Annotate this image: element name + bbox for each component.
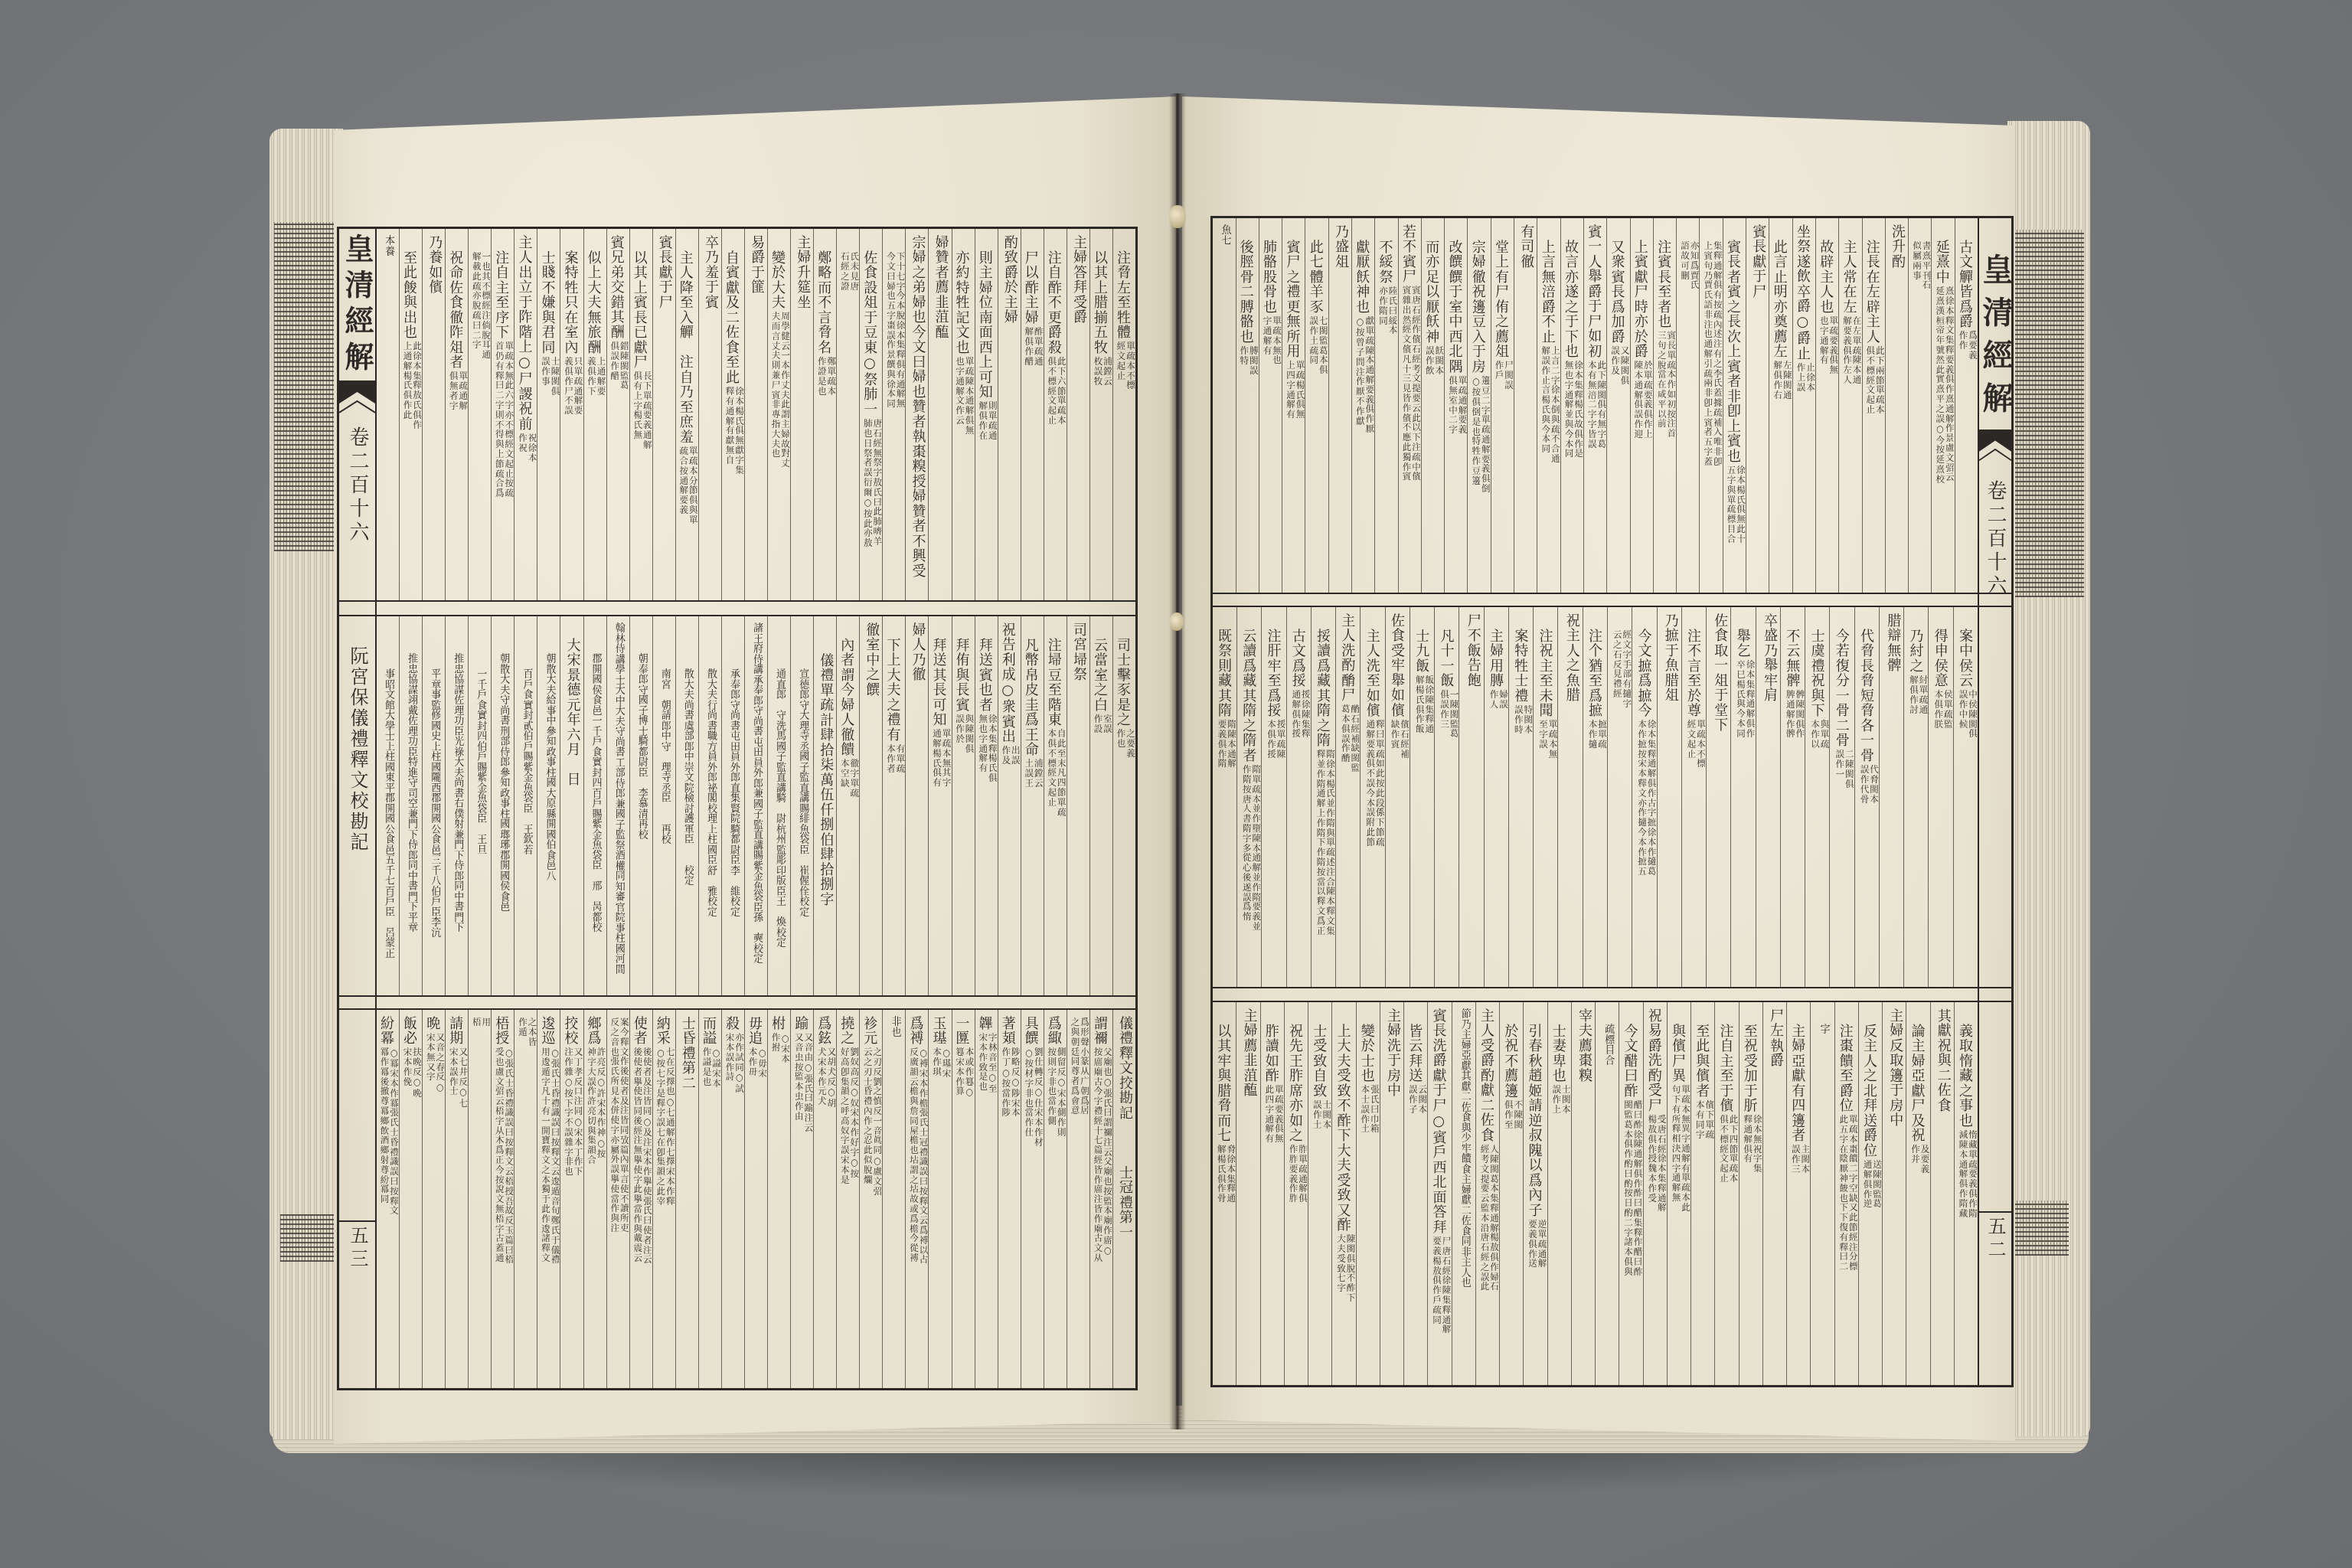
- double-line-note: 單疏本不標經文起止: [1116, 341, 1135, 394]
- entry-heading: 乃摭于魚腊俎: [1663, 613, 1679, 703]
- text-column: 洗升酌: [1885, 218, 1908, 593]
- entry-heading: 主婦升筵坐: [795, 235, 811, 310]
- entry-heading: 宗婦之弟婦也今文曰婦也贊者執棗糗授婦贊者不興受: [910, 235, 926, 579]
- text-column: 變於士也張氏曰巾箱本士誤作土: [1356, 1002, 1380, 1385]
- entry-heading: 韠: [977, 1016, 993, 1031]
- entry-heading: 著頍: [1000, 1016, 1016, 1046]
- register-band-rule: [1979, 606, 2011, 607]
- double-line-note: 胙單疏通解俱作胙要義作胙: [1289, 1145, 1308, 1207]
- double-line-note: 不陳閩俱作至: [1504, 1100, 1523, 1132]
- double-line-note: 釋曰單疏如此按此段係下節疏通解要義俱不誤今本誤附此節: [1366, 720, 1385, 850]
- entry-heading: 主婦亞獻有四籩者: [1789, 1024, 1805, 1143]
- text-column: 具饌劉仕轉反○仕宋本作材○按材字非也當作仕: [1021, 1010, 1044, 1388]
- double-line-note: 單疏本不標經文起止: [1687, 720, 1706, 772]
- right-page-margin-strip: 皇清經解 卷二百十六 五二: [1978, 218, 2011, 1385]
- double-line-note: 父廟也○張氏曰謂禰注云父廟也按監本廟作庿○按庿廟古今字禮經十七篇經皆作庿注皆作廟…: [1093, 1047, 1112, 1266]
- text-column: 百戶食實封貳伯戶賜紫金魚袋臣 王欽若: [514, 616, 537, 995]
- entry-heading: 則主婦位南面西上可知: [977, 250, 993, 400]
- double-line-note: 單疏要義俱無此四字通解有: [1265, 1085, 1284, 1147]
- entry-heading: 注脅左至牲體: [1115, 250, 1131, 340]
- text-column: 主婦洗于房中: [1380, 1002, 1403, 1385]
- entry-heading: 至此與儐者: [1694, 1024, 1710, 1099]
- text-column: 尸不飯告飽: [1459, 607, 1483, 987]
- text-column: 下十七字今本脫徐本集釋俱有通解無今文曰婦也五字棗誤作景饌與徐本同: [882, 229, 905, 600]
- double-line-note: 七閩監葛本俱誤作土疏同: [1309, 316, 1328, 378]
- text-column: 事昭文館大學士上柱國東平郡開國公食邑五千七百戶臣 呂蒙正: [377, 616, 399, 995]
- entry-heading: 尸不飯告飽: [1465, 613, 1481, 688]
- entry-heading: 祝易爵洗酌受尸: [1646, 1008, 1662, 1113]
- text-column: 賓長洗爵獻于尸○賓戶西北面答拜尸唐石經徐陳集釋通解要義楊敖俱作戶疏同: [1427, 1002, 1451, 1385]
- double-line-note: 只單疏通解要義俱作尸不誤: [564, 357, 583, 419]
- double-line-note: 徐本集釋通解俱作古字摭徐本作擿葛本作摭按宋本釋文亦作擿今本作摭五: [1638, 720, 1657, 880]
- text-column: 古文觶皆爲爵爲要義作作: [1955, 218, 1978, 593]
- entry-heading: 佐食取一俎于堂下: [1712, 613, 1728, 733]
- double-line-note: 經文字手部有擿字云之石反見禮經: [1612, 630, 1632, 711]
- text-column: 卒盛乃舉牢肩: [1756, 607, 1780, 987]
- text-column: 著頍陟略反○陟宋本作丁○按當作陟: [998, 1010, 1021, 1388]
- double-line-note: 酳石經補缺閩監葛本俱誤作酳: [1341, 704, 1360, 776]
- book-title: 皇清經解: [1979, 253, 2011, 428]
- entry-heading: 古文觶皆爲爵: [1957, 240, 1973, 329]
- text-column: 以其牢與腊脅而七脅徐本集釋通解楊氏俱作骨: [1213, 1002, 1236, 1385]
- text-column: 主婦用膞婦誤作人: [1484, 607, 1508, 987]
- entry-heading: 下上大夫之禮有: [884, 638, 900, 743]
- double-line-note: 徐本無祝字集釋通解俱有: [1743, 1115, 1762, 1177]
- text-column: 諸王府侍講承奉郎守尚書屯田員外郎兼國子監直講賜紫金魚袋臣孫 奭校定: [744, 616, 767, 995]
- text-column: 翰林侍講學士大中大夫守尚書工部侍郎兼國子監祭酒權同知審官院事柱國河間: [606, 616, 629, 995]
- entry-heading: 注埽豆至階東: [1046, 638, 1062, 727]
- text-column: 佐食設俎于豆東○祭肺一唐石經無祭字敖氏曰此肺嚌羊肺也日祭者誤衍爾○按此亦敖: [859, 229, 882, 600]
- text-column: 士賤不嫌與君同士陳閩俱誤作事: [537, 229, 560, 600]
- text-column: 徹室中之饌: [859, 616, 882, 995]
- entry-heading: 逡巡: [539, 1016, 555, 1046]
- small-text: 本養: [383, 235, 394, 256]
- text-column: 挍校又丁孝反口注同○宋本丁作下注作雜○按下字不誤雜字非也: [560, 1010, 583, 1388]
- double-line-note: 徐本集釋楊氏俱無也字通解有: [978, 714, 998, 786]
- text-column: 凡幣帛皮圭爲王命浦鏜云土誤王: [1021, 616, 1044, 995]
- entry-heading: 注不言至於尊: [1685, 629, 1701, 718]
- text-column: 尸左執爵: [1762, 1002, 1786, 1385]
- double-line-note: 上通解要義俱作下: [587, 357, 606, 399]
- double-line-note: 中侯陳閩俱誤作中候: [1958, 690, 1978, 742]
- text-column: 其獻祝與二佐食: [1930, 1002, 1954, 1385]
- register-band-rule: [1979, 1001, 2011, 1002]
- small-text: 推忠協謀佐理功臣光祿大夫尚書右僕射兼門下侍郎同中書門下: [452, 653, 463, 933]
- entry-heading: 今文摭爲摭今: [1636, 629, 1652, 718]
- text-column: 賓長者賓之長次上賓者非卽上賓也徐本楊氏俱無此十五字與單疏標目合: [1723, 218, 1746, 593]
- entry-heading: 具饌: [1023, 1016, 1039, 1046]
- fishtail-mark-icon: [339, 382, 375, 417]
- text-column: 朝奉郎守國子博士騎都尉臣 李慕清再校: [629, 616, 652, 995]
- double-line-note: 爲要義作作: [1958, 331, 1978, 363]
- entry-heading: 賓一人舉爵于尸如初: [1586, 224, 1602, 359]
- text-column: 散大夫行尚書職方員外郎祕閣校理上柱國臣舒 雅校定: [698, 616, 721, 995]
- double-line-note: 又音由○張氏曰踰注云又音虫按監本虫作由: [794, 1033, 813, 1134]
- text-column: 至此餕與出也此徐本集釋敖氏俱作上通解楊氏俱作此: [399, 229, 422, 600]
- page-number-rule: [339, 1220, 375, 1222]
- entry-heading: 堂上有尸侑之薦俎: [1493, 240, 1509, 359]
- entry-heading: 不綏祭: [1377, 240, 1393, 285]
- text-column: 此言止明亦奠薦左左陳閩通解俱作右: [1769, 218, 1792, 593]
- double-line-note: 籩豆二字單疏通解要義俱倒○按俱倒是也特牲作豆籩: [1472, 376, 1491, 497]
- text-column: 推忠協謀佐理功臣光祿大夫尚書右僕射兼門下侍郎同中書門下: [445, 616, 468, 995]
- double-line-note: 單疏陳本通解俱無也字通解文作云: [955, 357, 975, 438]
- double-line-note: 集釋通解俱有按疏內述注有之李氏蓋據疏補入唯非卽上賓句乃賈氏語非注也通解引疏兩非卽…: [1704, 241, 1723, 469]
- double-line-note: 浦鏜云枚誤牧: [1093, 357, 1112, 389]
- entry-heading: 以其牢與腊脅而七: [1215, 1024, 1231, 1143]
- double-line-note: 士閩本誤作上: [1552, 1085, 1571, 1117]
- entry-heading: 主婦洗于房中: [1385, 1008, 1401, 1098]
- double-line-note: 唐石經無祭字敖氏曰此肺嚌羊肺也日祭者誤衍爾○按此亦敖: [863, 419, 882, 549]
- entry-heading: 謂禰: [1092, 1016, 1108, 1046]
- entry-heading: 此言止明亦奠薦左: [1772, 240, 1788, 359]
- text-column: 司宮埽祭: [1067, 616, 1089, 995]
- small-text: 節乃主婦亞獻其獻二佐食與少牢饋食主婦獻二佐食同非主人也: [1459, 1008, 1471, 1288]
- text-column: 反主人之北拜送爵位送陳閩監葛通解俱作逆: [1858, 1002, 1882, 1385]
- text-column: 鄭略而不言脅名鄭單疏本作證是也: [813, 229, 836, 600]
- entry-heading: 今若復分一骨二骨: [1834, 629, 1850, 748]
- entry-heading: 儀禮釋文挍勘記 士冠禮第一: [1117, 1016, 1133, 1240]
- entry-heading: 飯必: [401, 1016, 417, 1046]
- register-band-rule: [1979, 987, 2011, 988]
- double-line-note: 熹徐本釋文集釋要義俱作熹通解作景盧文弨云延熹漢桓帝年號然此實熹平之誤○今按延熹校: [1935, 286, 1955, 485]
- double-line-note: 單疏本無也字通解有: [1263, 316, 1282, 368]
- entry-heading: 得申侯意: [1932, 629, 1949, 688]
- entry-heading: 士受致自致: [1311, 1024, 1327, 1099]
- entry-heading: 士妻卑也: [1550, 1024, 1566, 1083]
- entry-heading: 內者謂今婦人徹饋: [838, 638, 854, 757]
- double-line-note: 徐本集釋楊氏故俱作是無也字通解並與今本同: [1564, 361, 1583, 462]
- entry-heading: 祝主人之魚腊: [1564, 613, 1580, 703]
- text-column: 注棗饋至爵位單疏本棗饋二字空缺又此節經注分標此五字在陰厭神餕也下下復有釋曰二: [1834, 1002, 1858, 1385]
- double-line-note: 單疏本無至字誤: [1538, 720, 1557, 762]
- entry-heading: 士昏禮第二: [680, 1016, 696, 1091]
- text-column: 與儐尸異單疏本無異字通解有單疏本此句下有所釋相決四字通解無: [1667, 1002, 1690, 1385]
- page-edge-ink-marks: [2011, 230, 2084, 597]
- text-column: 宣德郎守大理寺丞國子監直講賜緋魚袋臣 崔偓佺校定: [790, 616, 813, 995]
- binding-thread-knot: [1170, 612, 1184, 631]
- text-column: 故言亦遂之于下也徐本集釋楊氏故俱作是無也字通解並與今本同: [1560, 218, 1583, 593]
- entry-heading: 徹室中之饌: [864, 622, 880, 697]
- entry-heading: 袗元: [861, 1016, 877, 1046]
- text-column: 書熹平刊石似屬兩事: [1908, 218, 1931, 593]
- double-line-note: 錯陳閩監葛俱誤作醋: [610, 341, 629, 394]
- double-line-note: ○謚宋本作謚是也: [702, 1047, 721, 1089]
- double-line-note: 隋徐本楊氏並作隋與單疏述注合陳本釋文集釋並作隋通解上作隋下作隋按當以釋文爲正: [1316, 750, 1335, 939]
- entry-heading: 婦贊者薦韭菹醢: [933, 235, 949, 340]
- text-column: 主婦亞獻有四籩者主閩本誤作三: [1786, 1002, 1810, 1385]
- double-line-note: 有單疏本作者: [886, 744, 905, 776]
- entry-heading: 玉璂: [931, 1016, 947, 1046]
- entry-heading: 卒盛乃舉牢肩: [1762, 613, 1778, 703]
- text-column: 注祝主至未聞單疏本無至字誤: [1533, 607, 1557, 987]
- entry-heading: 至祝受加于肵: [1742, 1024, 1758, 1113]
- entry-heading: 宗婦徹祝籩豆入于房: [1470, 240, 1486, 374]
- entry-heading: 皆云拜送: [1406, 1024, 1423, 1083]
- double-line-note: 在左單疏陳本通解要義俱作左人: [1843, 316, 1862, 388]
- text-column: 郡開國侯食邑一千戶食實封四百戶賜紫金魚袋臣 邢 昺都校: [583, 616, 606, 995]
- text-column: 上賓獻尸時亦於爵於單疏要義俱作上陳本通解俱誤作迎: [1630, 218, 1653, 593]
- double-line-note: 脅徐本集釋通解楊氏俱作骨: [1217, 1145, 1236, 1207]
- text-column: 主人降至入觶 注自乃至庶羞單疏本分節俱與單疏合按通解要義: [675, 229, 698, 600]
- work-title: 阮宮保儀禮釋文校勘記: [339, 646, 375, 876]
- double-line-note: 獻單疏陳本通解要義俱作厭○按曾子問注作厭不作獻: [1355, 316, 1374, 437]
- entry-heading: 爲禣: [907, 1016, 923, 1046]
- entry-heading: 注自酢不更爵殺: [1046, 250, 1062, 355]
- text-column: 踰又音由○張氏曰踰注云又音虫按監本虫作由: [790, 1010, 813, 1388]
- text-column: 一千戶食實封四伯戶賜紫金魚袋臣 王旦: [468, 616, 491, 995]
- text-column: 故辟主人也單疏要義俱無也字通解有: [1815, 218, 1838, 593]
- text-column: 納采七在反擇也○七通解作七擇宋本作釋○按七字是釋字誤七在卽集韻之此宰: [652, 1010, 675, 1388]
- text-column: 主婦答拜受爵: [1067, 229, 1089, 600]
- double-line-note: 單疏通解要義俱無室中二字: [1448, 376, 1467, 438]
- entry-heading: 變於士也: [1359, 1024, 1375, 1083]
- text-column: 賓長獻于尸: [1746, 218, 1769, 593]
- double-line-note: 左陳閩通解俱作右: [1773, 361, 1792, 403]
- double-line-note: 儐下單疏本有同字: [1695, 1100, 1714, 1142]
- double-line-note: 飫閩本誤作飲: [1425, 346, 1444, 378]
- entry-heading: 紛冪: [378, 1016, 394, 1046]
- entry-heading: 故言亦遂之于下也: [1563, 240, 1579, 359]
- double-line-note: 與單疏本作以: [1810, 720, 1829, 752]
- left-page-margin-strip: 皇清經解 卷二百十六 阮宮保儀禮釋文校勘記 五三: [339, 229, 377, 1388]
- double-line-note: 於單疏要義俱作上陳本通解俱誤作迎: [1634, 361, 1653, 442]
- entry-heading: 主人洗至如儐: [1364, 629, 1380, 718]
- text-column: 不云無髀髀陳閩俱作脾通解作髀: [1780, 607, 1805, 987]
- double-line-note: 劉仕轉反○仕宋本作材○按材字非也當作仕: [1024, 1047, 1044, 1148]
- text-column: 腊辯無髀: [1879, 607, 1903, 987]
- double-line-note: 代脅閩本誤作代骨: [1860, 765, 1879, 807]
- text-column: 注自主至序下單疏本無此六字亦不標經文起止按疏首仍有釋曰二字則不得與上節疏合爲: [491, 229, 514, 600]
- text-column: 易爵于篚: [744, 229, 767, 600]
- small-text: 百戶食實封貳伯戶賜紫金魚袋臣 王欽若: [521, 668, 532, 854]
- entry-heading: 司士擊豕是之: [1115, 638, 1131, 727]
- entry-heading: 案中侯云: [1957, 629, 1973, 688]
- text-column: 士虞禮祝與下與單疏本作以: [1805, 607, 1829, 987]
- double-line-note: 侯單疏監本俱作朕: [1934, 690, 1953, 732]
- double-line-note: 隋單疏本並作墮陳本通解並作隋要義並作隋按唐人書隋字多從心後遂誤爲惰: [1242, 765, 1261, 935]
- entry-heading: 司宮埽祭: [1071, 622, 1087, 682]
- text-column: 云讀爲藏其隋之隋者隋單疏本並作墮陳本通解並作隋要義並作隋按唐人書隋字多從心後遂誤…: [1236, 607, 1261, 987]
- double-line-note: 用梧: [472, 1018, 491, 1031]
- volume-number: 卷二百十六: [1979, 480, 2011, 610]
- text-column: 主人受爵酌獻二佐食人陳閩葛本集釋通解楊敖俱作婦石經考文提要云監本沿唐石經之誤此: [1475, 1002, 1499, 1385]
- double-line-note: 單疏楊氏俱無上四字通解有: [1285, 361, 1305, 423]
- entry-heading: 卒乃羞于賓: [703, 235, 719, 310]
- register-band-rule: [1979, 593, 2011, 594]
- text-column: 案特牲只在室內只單疏通解要義俱作尸不誤: [560, 229, 583, 600]
- volume-number: 卷二百十六: [339, 426, 375, 557]
- entry-heading: 又衆賓長爲加爵: [1609, 240, 1625, 345]
- entry-heading: 似上大夫無旅酬: [586, 250, 602, 355]
- entry-heading: 既祭則藏其隋: [1216, 629, 1232, 718]
- entry-heading: 一匴: [954, 1016, 970, 1046]
- text-column: 案特牲士禮特閩本誤作時: [1508, 607, 1533, 987]
- text-column: 似上大夫無旅酬上通解要義俱作下: [583, 229, 606, 600]
- register-band-rule: [339, 615, 375, 616]
- entry-heading: 上賓獻尸時亦於爵: [1632, 240, 1648, 359]
- entry-heading: 今文醋曰酢: [1622, 1024, 1638, 1099]
- entry-heading: 爲緅: [1046, 1016, 1062, 1046]
- right-page-printed-frame: 皇清經解 卷二百十六 五二 古文觶皆爲爵爲要義作作延熹中熹徐本釋文集釋要義俱作熹…: [1210, 216, 2014, 1387]
- text-column: 撓之劉奴高反○奴宋本作好字○按好高卽集韻之呼高奴字誤宋本是也: [836, 1010, 859, 1388]
- text-column: 逡巡○張氏士昏禮識誤曰按釋文云逡遁音旬鄭氏于儀禮用逡遁字凡十有一開寶釋文之本獨于…: [537, 1010, 560, 1388]
- double-line-note: 隋陳本通解要義俱作隋: [1217, 720, 1236, 772]
- small-text: 通直郎 守洗馬國子監直講騎 尉杭州監彫印版臣王 煥校定: [774, 668, 786, 948]
- double-line-note: 案今釋文作後使者及注皆同攷篇內單言使不讀所吏反之音也張氏所見本併使字亦屬外誤擧使…: [610, 1018, 629, 1236]
- text-column: 肺骼股骨也單疏本無也字通解有: [1259, 218, 1282, 593]
- double-line-note: 挼單疏陳本俱作挼: [1267, 720, 1286, 762]
- text-column: 案今釋文作後使者及注皆同攷篇內單言使不讀所吏反之音也張氏所見本併使字亦屬外誤擧使…: [606, 1010, 629, 1388]
- text-column: 今文摭爲摭今徐本集釋通解俱作古字摭徐本作擿葛本作摭按宋本釋文亦作擿今本作摭五: [1632, 607, 1656, 987]
- entry-heading: 祝先王胙席亦如之: [1287, 1024, 1303, 1143]
- text-column: 乃盛俎: [1328, 218, 1351, 593]
- double-line-note: 徐本集釋通解俱作卒巳楊氏與今本同: [1736, 660, 1756, 741]
- double-line-note: 酢單疏通解俱作醋: [1024, 327, 1044, 369]
- entry-heading: 主婦用膞: [1488, 629, 1504, 688]
- entry-heading: 晩: [424, 1016, 440, 1031]
- text-column: 婦人乃徹: [905, 616, 928, 995]
- text-column: 下上大夫之禮有有單疏本作者: [882, 616, 905, 995]
- double-line-note: 士閩本誤作土: [1312, 1100, 1331, 1132]
- entry-heading: 有司徹: [1518, 224, 1534, 269]
- right-page-edge-stack: [2007, 121, 2090, 1436]
- text-column: 字: [1810, 1002, 1834, 1385]
- double-line-note: 祝徐本作祝: [518, 433, 537, 465]
- text-column: 承奉郎守尚書屯田員外郎直集賢院騎都尉臣李 維校定: [721, 616, 744, 995]
- double-line-note: 紂單疏通解俱作討: [1909, 675, 1928, 717]
- entry-heading: 尸以酢主婦: [1023, 250, 1039, 325]
- double-line-note: 此下陳閩俱有無字葛本有無涪二字字皆誤: [1587, 361, 1606, 452]
- text-column: 此七體羊豕七閩監葛本俱誤作土疏同: [1305, 218, 1328, 593]
- text-column: 上大夫受致不酢下大夫受致又酢陳閩俱脫不酢下大夫受致七字: [1331, 1002, 1355, 1385]
- entry-heading: 賓兄弟交錯其酬: [609, 235, 625, 340]
- text-column: 今文醋曰酢醋曰酢徐陳通解俱作酢曰醋集釋作醋曰酢閩監葛本俱作酌曰酌按日酌二字諸本俱…: [1619, 1002, 1642, 1385]
- double-line-note: 受唐石經徐本集釋通解楊敖俱作授魏本作受: [1648, 1115, 1667, 1216]
- double-line-note: 又丁孝反口注同○宋本丁作下注作雜○按下字不誤雜字非也: [564, 1047, 583, 1178]
- text-column: 司士擊豕是之之要義作也: [1112, 616, 1135, 995]
- text-column: 賓尸之禮更無所用單疏楊氏俱無上四字通解有: [1282, 218, 1305, 593]
- double-line-note: 陟略反○陟宋本作丁○按當作陟: [1001, 1047, 1021, 1119]
- double-line-note: 扶晩反○晩宋本作俛: [403, 1047, 422, 1099]
- double-line-note: 士陳閩俱誤作事: [541, 357, 560, 399]
- text-column: 宗婦之弟婦也今文曰婦也贊者執棗糗授婦贊者不興受: [905, 229, 928, 600]
- entry-heading: 鄉爲: [586, 1016, 602, 1046]
- small-text: 朝散大夫給事中參知政事柱國大原縣開國伯食邑八: [544, 653, 555, 880]
- entry-heading: 賓長獻于尸: [1750, 224, 1766, 299]
- entry-heading: 變於大夫: [769, 250, 786, 310]
- middle-register: 司士擊豕是之之要義作也云當室之白室誤作設司宮埽祭注埽豆至階東自此至末凡四節單疏本…: [377, 615, 1135, 997]
- entry-heading: 請期: [447, 1016, 463, 1046]
- text-column: 胙讀如酢單疏要義俱無此四字通解有: [1260, 1002, 1284, 1385]
- entry-heading: 挼讀爲藏其隋之隋: [1315, 629, 1331, 748]
- text-column: 南宮 朝請郎中守 理寺丞臣 再校: [652, 616, 675, 995]
- text-column: 賓長獻于尸: [652, 229, 675, 600]
- text-column: 賓兄弟交錯其酬錯陳閩監葛俱誤作醋: [606, 229, 629, 600]
- text-column: 士昏禮第二: [675, 1010, 698, 1388]
- double-line-note: 徐本楊氏俱無獻字集釋有通解有獻無自: [725, 387, 744, 478]
- text-column: 坐祭遂飲卒爵○爵止止徐本作上誤: [1792, 218, 1815, 593]
- entry-heading: 云讀爲藏其隋之隋者: [1240, 629, 1256, 763]
- bottom-register: 義取惰藏之事也惰藏單疏要義俱作隋減陳本通解俱作隋藏其獻祝與二佐食論主婦亞獻尸及祝…: [1213, 1001, 1978, 1385]
- text-column: 集釋通解俱有按疏內述注有之李氏蓋據疏補入唯非卽上賓句乃賈氏語非注也通解引疏兩非卽…: [1699, 218, 1722, 593]
- text-column: 獻厭飫神也獻單疏陳本通解要義俱作厭○按曾子問注作厭不作獻: [1351, 218, 1374, 593]
- entry-heading: 舉乞: [1735, 629, 1751, 658]
- entry-heading: 上大夫受致不酢下大夫受致又酢: [1335, 1024, 1351, 1233]
- double-line-note: ○禣宋本作檐張氏士冠禮識誤曰按釋文云爲禣以占反廣韻云檐與詹同屋檐也坫謂之坫故或爲…: [909, 1047, 928, 1266]
- small-text: 承奉郎守尚書屯田員外郎直集賢院騎都尉臣李 維校定: [728, 668, 740, 916]
- text-column: 一也其不標經注倘脫耳通解載此疏亦脫疏曰二字: [468, 229, 491, 600]
- double-line-note: 一也其不標經注倘脫耳通解載此疏亦脫疏曰二字: [472, 252, 491, 363]
- text-column: 主婦升筵坐: [790, 229, 813, 600]
- entry-heading: 乃紂之: [1907, 629, 1923, 674]
- double-line-note: 單疏本無異字通解有單疏本此句下有所釋相決四字通解無: [1671, 1085, 1690, 1215]
- double-line-note: 止徐本作上誤: [1796, 363, 1815, 395]
- entry-heading: 士虞禮祝與下: [1808, 629, 1824, 718]
- text-column: 士九飯飯徐陳集釋通解楊氏俱作飯: [1410, 607, 1434, 987]
- book-gutter: [1169, 93, 1186, 1429]
- text-column: 節乃主婦亞獻其獻二佐食與少牢饋食主婦獻二佐食同非主人也: [1452, 1002, 1475, 1385]
- entry-heading: 洗升酌: [1890, 224, 1906, 269]
- text-column: 注不言至於尊單疏本不標經文起止: [1681, 607, 1706, 987]
- entry-heading: 延熹中: [1934, 240, 1950, 285]
- text-column: 晩又音之春反○宋本無又字: [422, 1010, 445, 1388]
- entry-heading: 主人出立于阼階上○尸謖祝前: [516, 235, 532, 432]
- text-column: 紛冪○冪宋本作冪張氏士昏禮識誤曰按釋文冪作冪後撤尊冪鄉飲酒鄉射尊紛冪同: [377, 1010, 399, 1388]
- double-line-note: 與陳閩俱誤作於: [955, 714, 975, 756]
- text-column: 飯必扶晩反○晩宋本作俛: [399, 1010, 422, 1388]
- text-column: 儀禮釋文挍勘記 士冠禮第一: [1112, 1010, 1135, 1388]
- text-column: 主婦反取籩于房中: [1882, 1002, 1906, 1385]
- text-column: 注脅左至牲體單疏本不標經文起止: [1112, 229, 1135, 600]
- entry-heading: 此七體羊豕: [1308, 240, 1324, 315]
- text-column: 以其上賓長已獻尸長下單疏要義通解俱有上字楊氏無: [629, 229, 652, 600]
- entry-heading: 以其上腊揃五牧: [1092, 250, 1108, 355]
- double-line-note: 二陳閩俱誤作一: [1835, 750, 1854, 792]
- entry-heading: 賓尸之禮更無所用: [1284, 240, 1300, 359]
- entry-heading: 毋追: [746, 1016, 763, 1046]
- double-line-note: 單疏本棗饋二字空缺又此節經注分標此五字在陰厭神餕也下下復有釋曰二: [1839, 1115, 1858, 1275]
- double-line-note: 單疏通解俱無者字: [449, 371, 468, 413]
- entry-heading: 不云無髀: [1784, 629, 1800, 688]
- text-column: 拜送其長可知單疏本無其字通解楊氏俱有: [928, 616, 951, 995]
- double-line-note: 氏未見唐石經之證: [840, 252, 859, 294]
- entry-heading: 使者: [632, 1016, 648, 1046]
- text-column: 酌致爵於主婦: [998, 229, 1021, 600]
- text-column: 堂上有尸侑之薦俎尸閩誤作戶: [1491, 218, 1514, 593]
- text-column: 袗元之刃反劉之慎反一音眞同○盧文弨云之刃士昏禮內作之忍此似脫爛: [859, 1010, 882, 1388]
- entry-heading: 注祝主至未聞: [1537, 629, 1553, 718]
- entry-heading: 宰夫薦棗糗: [1576, 1008, 1592, 1083]
- entry-heading: 案特牲士禮: [1512, 629, 1528, 704]
- text-column: 注肝牢至爲挼挼單疏陳本俱作挼: [1261, 607, 1285, 987]
- double-line-note: ○璂宋本作琪: [933, 1047, 952, 1080]
- small-text: 魚七: [1220, 224, 1231, 245]
- text-column: 改饌饌于室中西北隅單疏通解要義俱無室中二字: [1444, 218, 1467, 593]
- small-text: 翰林侍講學士大中大夫守尚書工部侍郎兼國子監祭酒權同知審官院事柱國河間: [613, 622, 625, 974]
- page-number: 五二: [1979, 1217, 2011, 1270]
- double-line-note: 本或作篹○篹宋本作算: [955, 1047, 975, 1099]
- double-line-note: 陳閩俱脫不酢下大夫受致七字: [1337, 1234, 1356, 1306]
- double-line-note: 尸閩誤作戶: [1494, 361, 1514, 393]
- text-column: 乃養如儐: [422, 229, 445, 600]
- entry-heading: 士九飯: [1413, 629, 1429, 674]
- photo-scene: 皇清經解 卷二百十六 阮宮保儀禮釋文校勘記 五三 注脅左至牲體單疏本不標經文起止…: [0, 0, 2352, 1568]
- double-line-note: 此下四節單疏本俱不標經文起止: [1720, 1115, 1739, 1187]
- text-column: 朝散大夫給事中參知政事柱國大原縣開國伯食邑八: [537, 616, 560, 995]
- text-column: 爲禣○禣宋本作檐張氏士冠禮識誤曰按釋文云爲禣以占反廣韻云檐與詹同屋檐也坫謂之坫故…: [905, 1010, 928, 1388]
- text-column: 推忠協謀翊戴佐理功臣特進守司空兼門下侍郎同中書門下平章: [399, 616, 422, 995]
